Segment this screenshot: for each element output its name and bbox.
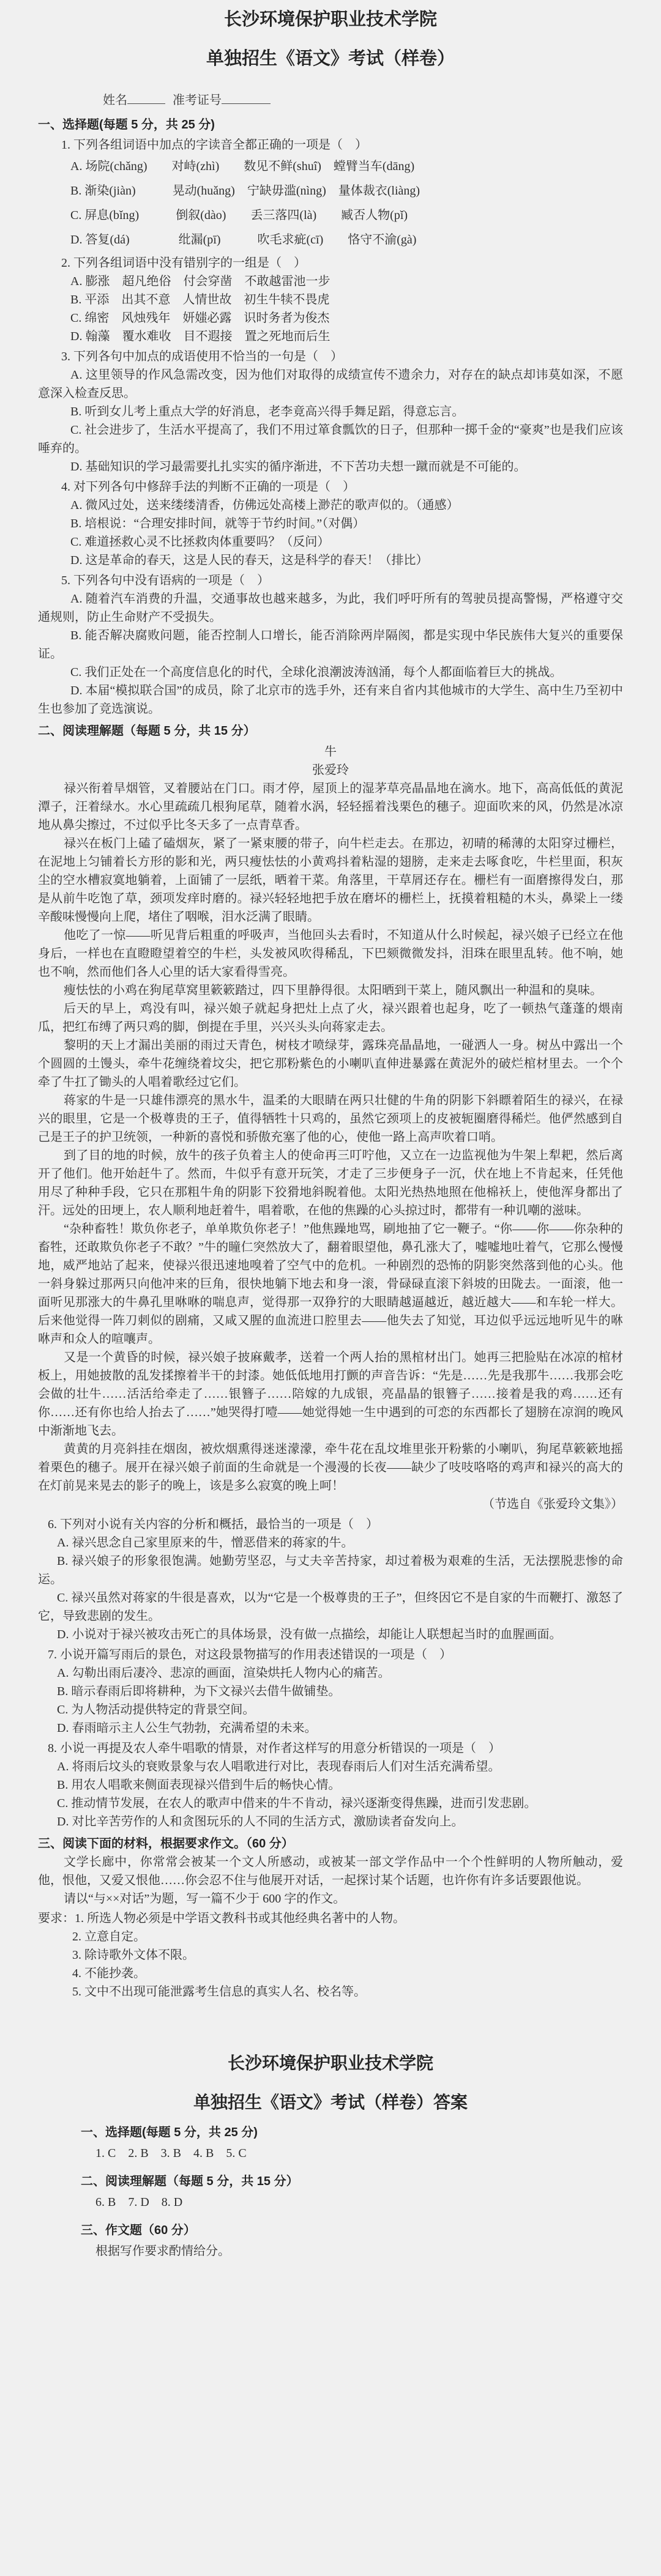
essay-requirement-item: 5. 文中不出现可能泄露考生信息的真实人名、校名等。 (38, 1983, 623, 2001)
question-stem: 2. 下列各组词语中没有错别字的一组是（ ） (38, 254, 623, 272)
option: D. 本届“模拟联合国”的成员，除了北京市的选手外，还有来自省内其他城市的大学生… (38, 681, 623, 718)
option: C. 禄兴虽然对蒋家的牛很是喜欢，以为“它是一个极尊贵的王子”，但终因它不是自家… (38, 1589, 623, 1625)
answers-school-title: 长沙环境保护职业技术学院 (38, 2052, 623, 2074)
answer-section-header: 二、阅读理解题（每题 5 分，共 15 分） (81, 2172, 623, 2191)
option: B. 平添 出其不意 人情世故 初生牛犊不畏虎 (38, 291, 623, 309)
question-stem: 5. 下列各句中没有语病的一项是（ ） (38, 571, 623, 590)
essay-requirement-item: 4. 不能抄袭。 (38, 1964, 623, 1983)
option: B. 暗示春雨后即将耕种，为下文禄兴去借牛做铺垫。 (38, 1682, 623, 1701)
passage-author: 张爱玲 (38, 761, 623, 779)
section-header: 二、阅读理解题（每题 5 分，共 15 分） (38, 722, 623, 740)
answer-line: 1. C 2. B 3. B 4. B 5. C (81, 2144, 623, 2162)
option: C. 绵密 风烛残年 妍媸必露 识时务者为俊杰 (38, 309, 623, 327)
option: C. 为人物活动提供特定的背景空间。 (38, 1701, 623, 1719)
passage-paragraph: 又是一个黄昏的时候，禄兴娘子披麻戴孝，送着一个两人抬的黑棺材出门。她再三把脸贴在… (38, 1348, 623, 1440)
option: A. 勾勒出雨后凄冷、悲凉的画面，渲染烘托人物内心的痛苦。 (38, 1664, 623, 1682)
passage-title: 牛 (38, 743, 623, 761)
passage-paragraph: 瘦怯怯的小鸡在狗尾草窝里簌簌踏过，四下里静得很。太阳晒到干菜上，随风飘出一种温和… (38, 981, 623, 1000)
option: D. 翰藻 覆水难收 目不遐接 置之死地而后生 (38, 327, 623, 346)
option: C. 社会进步了，生活水平提高了，我们不用过箪食瓢饮的日子，但那种一掷千金的“豪… (38, 421, 623, 458)
option: D. 小说对于禄兴被攻击死亡的具体场景，没有做一点描绘，却能让人联想起当时的血腥… (38, 1625, 623, 1644)
section-header: 一、选择题(每题 5 分，共 25 分) (38, 116, 623, 134)
passage-paragraph: “杂种畜牲！欺负你老子，单单欺负你老子！”他焦躁地骂，刷地抽了它一鞭子。“你——… (38, 1220, 623, 1348)
passage-paragraph: 他吃了一惊——听见背后粗重的呼吸声，当他回头去看时，不知道从什么时候起，禄兴娘子… (38, 926, 623, 981)
name-blank-field (127, 92, 165, 104)
passage-paragraph: 禄兴衔着旱烟管，叉着腰站在门口。雨才停，屋顶上的湿茅草亮晶晶地在滴水。地下，高高… (38, 779, 623, 834)
passage-paragraph: 蒋家的牛是一只雄伟漂亮的黑水牛，温柔的大眼睛在两只壮健的牛角的阴影下斜瞟着陌生的… (38, 1091, 623, 1146)
section-header: 三、阅读下面的材料，根据要求作文。（60 分） (38, 1835, 623, 1853)
option: D. 春雨暗示主人公生气勃勃，充满希望的未来。 (38, 1719, 623, 1737)
question-stem: 6. 下列对小说有关内容的分析和概括，最恰当的一项是（ ） (38, 1515, 623, 1534)
option: B. 听到女儿考上重点大学的好消息，老李竟高兴得手舞足蹈，得意忘言。 (38, 403, 623, 421)
option: A. 禄兴思念自己家里原来的牛，憎恶借来的蒋家的牛。 (38, 1534, 623, 1552)
ticket-label: 准考证号 (173, 94, 222, 107)
essay-requirements: 要求：1. 所选人物必须是中学语文教科书或其他经典名著中的人物。 (38, 1909, 623, 1928)
option: A. 场院(chǎng) 对峙(zhì) 数见不鲜(shuî) 螳臂当车(dān… (38, 154, 623, 179)
option: C. 屏息(bǐng) 倒叙(dào) 丢三落四(là) 臧否人物(pǐ) (38, 203, 623, 228)
passage-paragraph: 文学长廊中，你常常会被某一个文人所感动，或被某一部文学作品中一个个性鲜明的人物所… (38, 1853, 623, 1890)
passage-source-note: （节选自《张爱玲文集》） (38, 1495, 623, 1513)
question-stem: 4. 对下列各句中修辞手法的判断不正确的一项是（ ） (38, 478, 623, 496)
question-stem: 1. 下列各组词语中加点的字读音全都正确的一项是（ ） (38, 136, 623, 154)
question-stem: 8. 小说一再提及农人牵牛唱歌的情景，对作者这样写的用意分析错误的一项是（ ） (38, 1739, 623, 1758)
option: B. 培根说：“合理安排时间，就等于节约时间。”（对偶） (38, 514, 623, 533)
name-label: 姓名 (103, 94, 127, 107)
passage-paragraph: 后天的早上，鸡没有叫，禄兴娘子就起身把灶上点了火，禄兴跟着也起身，吃了一顿热气蓬… (38, 1000, 623, 1036)
essay-requirement-item: 2. 立意自定。 (38, 1928, 623, 1946)
answer-section-header: 一、选择题(每题 5 分，共 25 分) (81, 2123, 623, 2142)
option: A. 微风过处，送来缕缕清香，仿佛远处高楼上渺茫的歌声似的。（通感） (38, 496, 623, 514)
option: C. 我们正处在一个高度信息化的时代，全球化浪潮波涛汹涌，每个人都面临着巨大的挑… (38, 663, 623, 681)
passage-paragraph: 禄兴在板门上磕了磕烟灰，紧了一紧束腰的带子，向牛栏走去。在那边，初晴的稀薄的太阳… (38, 834, 623, 926)
essay-requirement-item: 3. 除诗歌外文体不限。 (38, 1946, 623, 1964)
answer-line: 根据写作要求酌情给分。 (81, 2242, 623, 2260)
answer-section-header: 三、作文题（60 分） (81, 2221, 623, 2240)
passage-paragraph: 请以“与××对话”为题，写一篇不少于 600 字的作文。 (38, 1890, 623, 1908)
option: B. 禄兴娘子的形象很饱满。她勤劳坚忍，与丈夫辛苦持家，却过着极为艰难的生活，无… (38, 1552, 623, 1589)
passage-paragraph: 黎明的天上才漏出美丽的雨过天青色，树枝才喷绿芽，露珠亮晶晶地，一碰洒人一身。树丛… (38, 1036, 623, 1091)
ticket-blank-field (222, 92, 271, 104)
option: C. 推动情节发展，在农人的歌声中借来的牛不肯动，禄兴逐渐变得焦躁，进而引发悲剧… (38, 1794, 623, 1813)
candidate-info-line: 姓名准考证号 (38, 91, 623, 109)
passage-paragraph: 到了目的地的时候，放牛的孩子负着主人的使命再三叮咛他，又立在一边监视他为牛架上犁… (38, 1146, 623, 1220)
school-title: 长沙环境保护职业技术学院 (38, 9, 623, 31)
option: B. 能否解决腐败问题，能否控制人口增长，能否消除两岸隔阂，都是实现中华民族伟大… (38, 626, 623, 663)
option: B. 渐染(jiàn) 晃动(huǎng) 宁缺毋滥(nìng) 量体裁衣(li… (38, 179, 623, 203)
option: A. 膨涨 超凡绝俗 付会穿凿 不敢越雷池一步 (38, 272, 623, 291)
option: A. 这里领导的作风急需改变，因为他们对取得的成绩宣传不遗余力，对存在的缺点却讳… (38, 366, 623, 403)
option: D. 基础知识的学习最需要扎扎实实的循序渐进，不下苦功夫想一蹴而就是不可能的。 (38, 458, 623, 476)
answers-title: 单独招生《语文》考试（样卷）答案 (38, 2092, 623, 2114)
exam-paper-page: 长沙环境保护职业技术学院 单独招生《语文》考试（样卷） 姓名准考证号 一、选择题… (0, 0, 661, 2576)
option: D. 这是革命的春天，这是人民的春天，这是科学的春天！（排比） (38, 551, 623, 570)
option: A. 将雨后坟头的衰败景象与农人唱歌进行对比，表现春雨后人们对生活充满希望。 (38, 1758, 623, 1776)
question-stem: 7. 小说开篇写雨后的景色，对这段景物描写的作用表述错误的一项是（ ） (38, 1646, 623, 1664)
option: B. 用农人唱歌来侧面表现禄兴借到牛后的畅快心情。 (38, 1776, 623, 1794)
exam-content: 一、选择题(每题 5 分，共 25 分)1. 下列各组词语中加点的字读音全都正确… (38, 116, 623, 2260)
option: A. 随着汽车消费的升温，交通事故也越来越多，为此，我们呼吁所有的驾驶员提高警惕… (38, 590, 623, 626)
option: C. 难道拯救心灵不比拯救肉体重要吗？（反问） (38, 533, 623, 551)
option: D. 答复(dá) 纰漏(pī) 吹毛求疵(cī) 恪守不渝(gà) (38, 228, 623, 252)
answer-line: 6. B 7. D 8. D (81, 2193, 623, 2211)
exam-title: 单独招生《语文》考试（样卷） (38, 48, 623, 70)
option: D. 对比辛苦劳作的人和贪图玩乐的人不同的生活方式，激励读者奋发向上。 (38, 1813, 623, 1831)
question-stem: 3. 下列各句中加点的成语使用不恰当的一句是（ ） (38, 347, 623, 366)
passage-paragraph: 黄黄的月亮斜挂在烟囱，被炊烟熏得迷迷濛濛，牵牛花在乱坟堆里张开粉紫的小喇叭，狗尾… (38, 1440, 623, 1495)
